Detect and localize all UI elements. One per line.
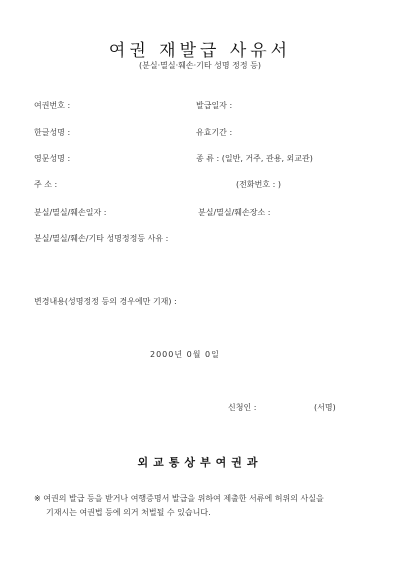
signature-label: (서명) — [314, 402, 336, 413]
date-line: 2000년 0월 0일 — [150, 349, 220, 360]
issue-date-label: 발급일자 : — [196, 100, 232, 111]
document-title: 여권 재발급 사유서 — [0, 36, 400, 61]
reason-label: 분실/멸실/훼손/기타 성명정정등 사유 : — [34, 233, 168, 244]
notice-line-1: ※ 여권의 발급 등을 받거나 여행증명서 발급을 위하여 제출한 서류에 허위… — [34, 492, 324, 506]
korean-name-label: 한글성명 : — [34, 127, 70, 138]
phone-label: (전화번호 : ) — [236, 179, 281, 190]
change-content-label: 변경내용(성명정정 등의 경우에만 기재) : — [34, 296, 177, 307]
passport-type-label: 종 류 : (일반, 거주, 관용, 외교관) — [196, 153, 313, 164]
notice-line-2: 기재시는 여권법 등에 의거 처벌될 수 있습니다. — [46, 506, 211, 520]
passport-number-label: 여권번호 : — [34, 100, 70, 111]
document-subtitle: (분실·멸실·훼손·기타 성명 정정 등) — [0, 60, 400, 71]
english-name-label: 영문성명 : — [34, 153, 70, 164]
applicant-label: 신청인 : — [228, 402, 256, 413]
loss-date-label: 분실/멸실/훼손일자 : — [34, 207, 106, 218]
ministry-name: 외교통상부여권과 — [0, 454, 400, 470]
address-label: 주 소 : — [34, 179, 57, 190]
loss-place-label: 분실/멸실/훼손장소 : — [198, 207, 270, 218]
expiry-label: 유효기간 : — [196, 127, 232, 138]
